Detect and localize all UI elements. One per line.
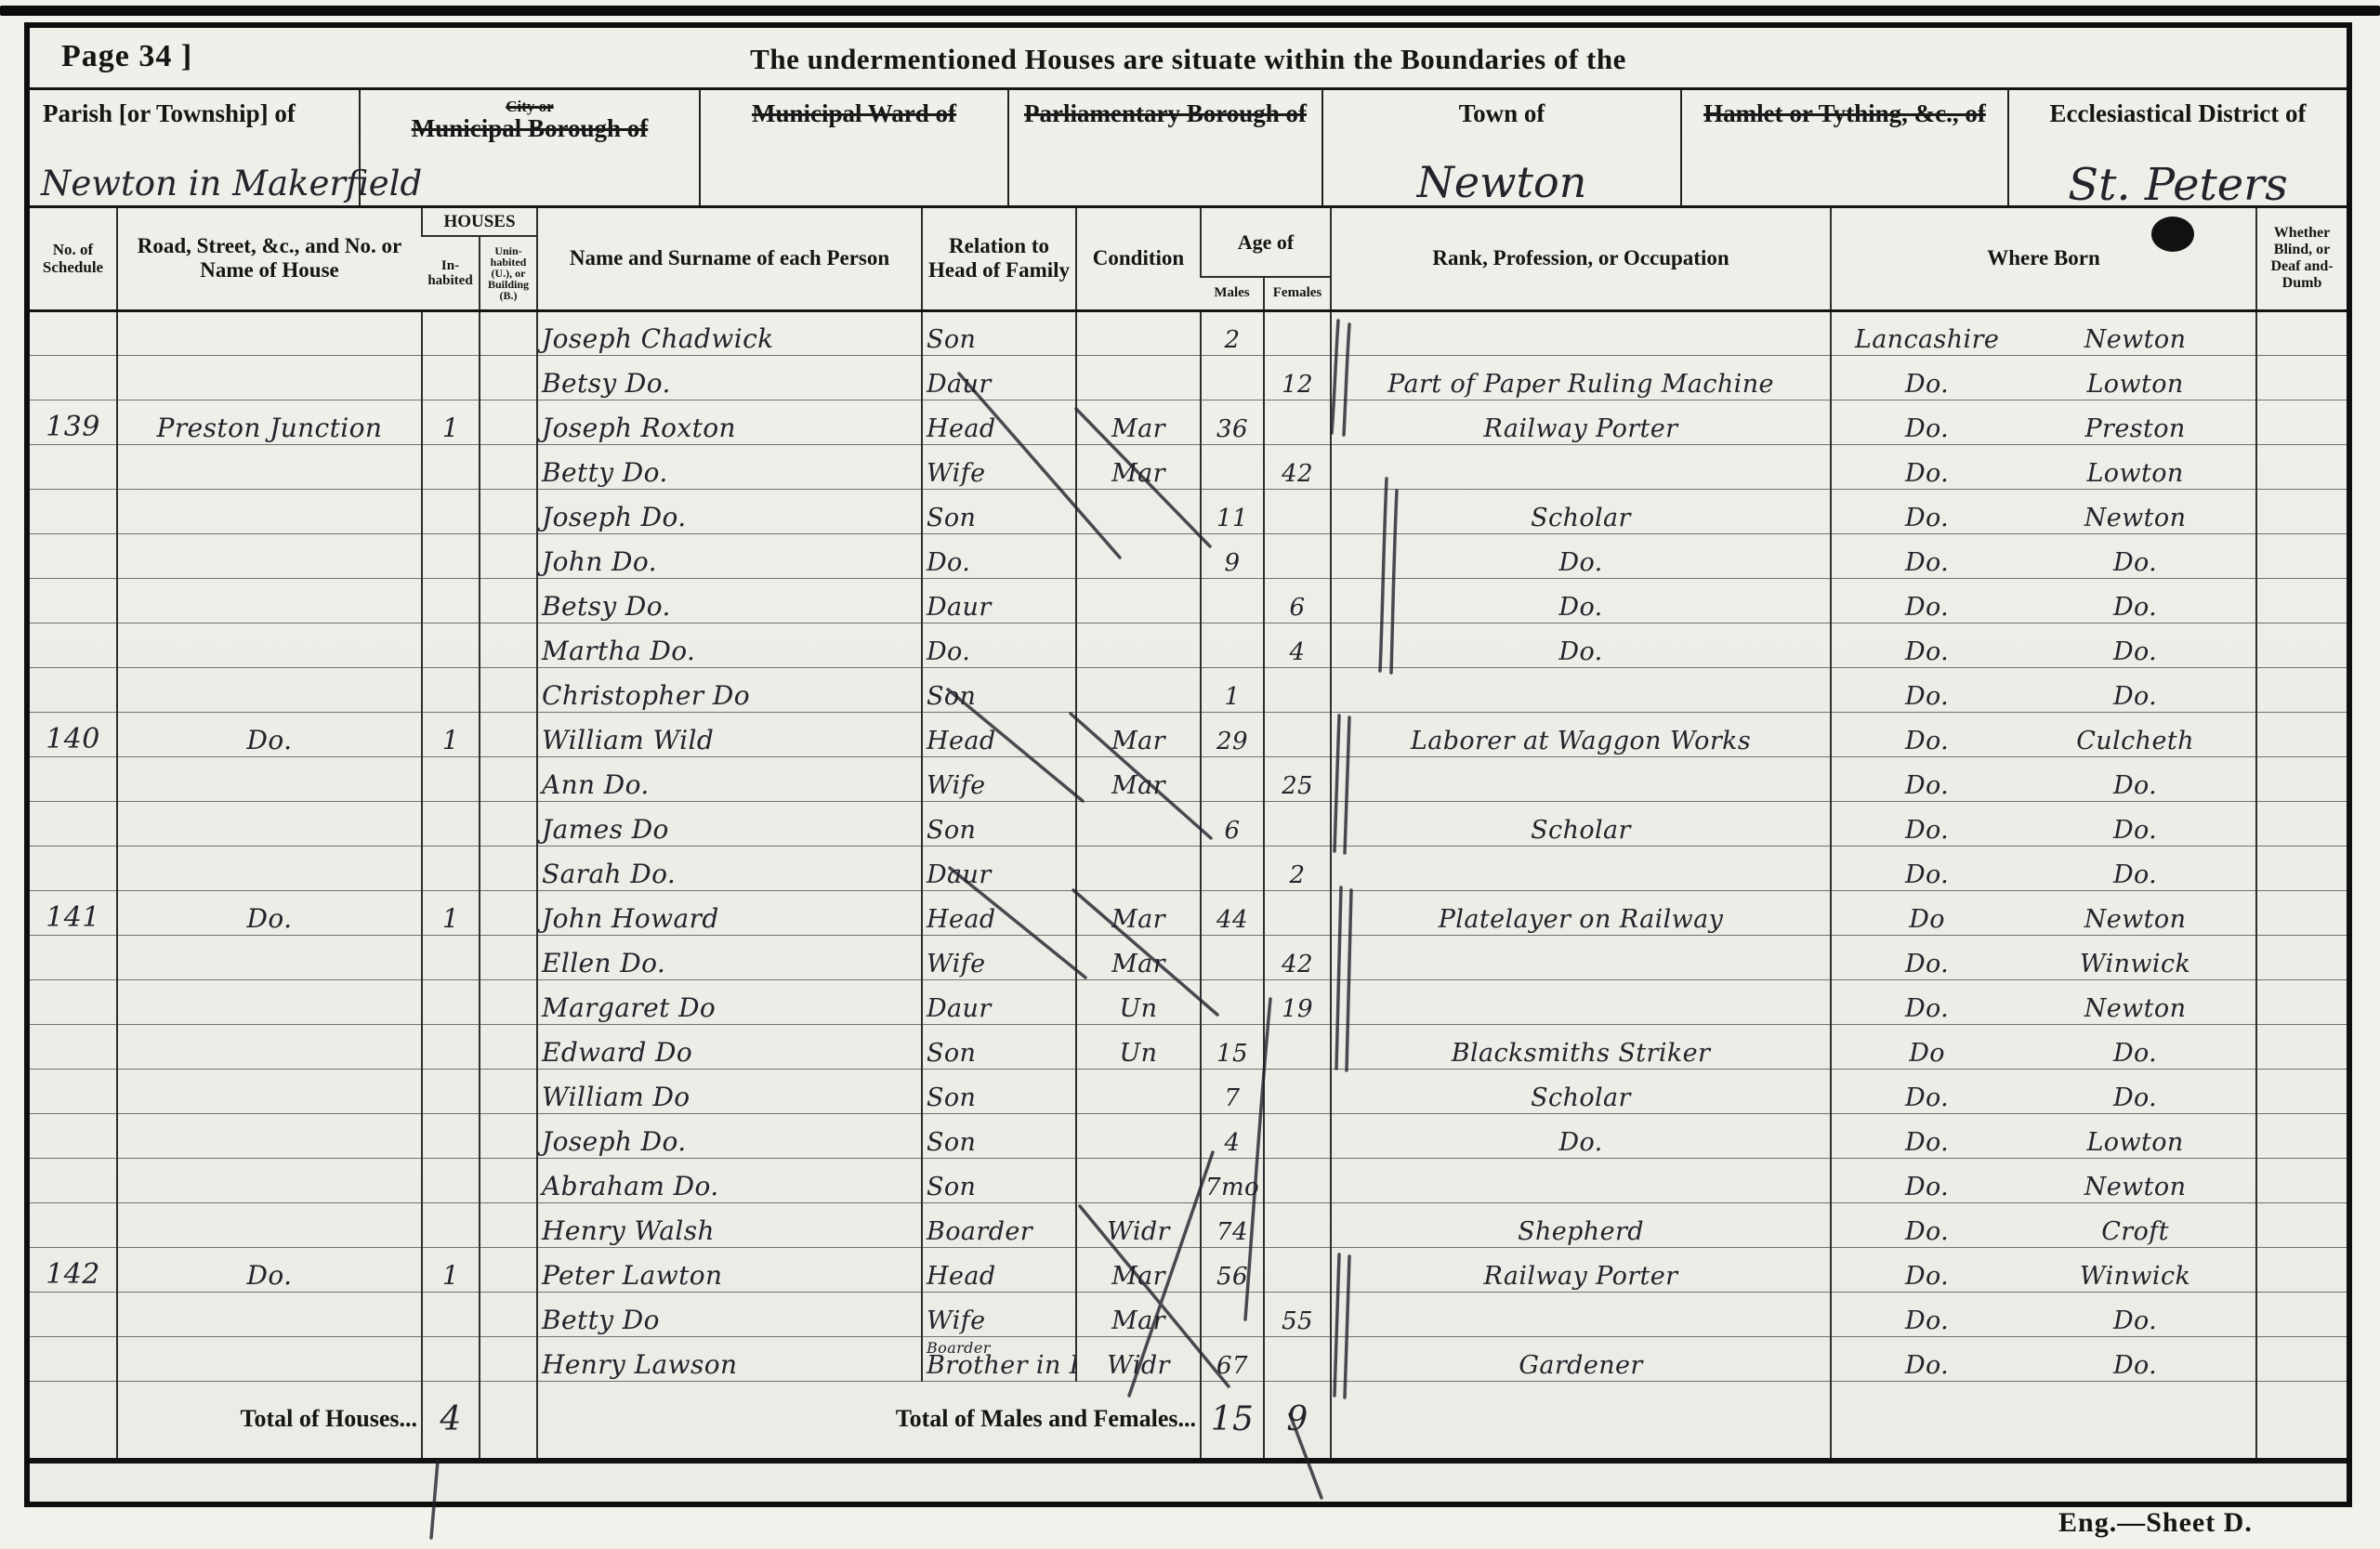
cell-uninhabited [480, 489, 537, 533]
table-row: Ann Do. Wife Mar 25 Do.Do. [30, 756, 2347, 801]
cell-schedule: 139 [30, 400, 117, 444]
cell-relation: Son [922, 1113, 1076, 1158]
cell-schedule: 141 [30, 890, 117, 935]
header-condition: Condition [1076, 208, 1201, 310]
cell-where-born: DoNewton [1831, 890, 2256, 935]
cell-age-males: 9 [1201, 533, 1264, 578]
table-row: Joseph Chadwick Son 2 LancashireNewton [30, 310, 2347, 355]
field-ecclesiastical-district: Ecclesiastical District of St. Peters [2009, 90, 2347, 205]
cell-where-born: Do.Do. [1831, 846, 2256, 890]
cell-where-born: Do.Winwick [1831, 935, 2256, 979]
cell-road [117, 667, 422, 712]
cell-where-born: Do.Winwick [1831, 1247, 2256, 1292]
cell-road [117, 846, 422, 890]
cell-condition [1076, 1069, 1201, 1113]
cell-age-males [1201, 623, 1264, 667]
cell-occupation: Scholar [1331, 1069, 1831, 1113]
table-row: Abraham Do. Son 7mo Do.Newton [30, 1158, 2347, 1202]
cell-name: Martha Do. [537, 623, 922, 667]
cell-age-females [1264, 1158, 1331, 1202]
cell-name: Henry Lawson [537, 1336, 922, 1381]
cell-age-males [1201, 444, 1264, 489]
table-row: Margaret Do Daur Un 19 Do.Newton [30, 979, 2347, 1024]
cell-name: Henry Walsh [537, 1202, 922, 1247]
cell-name: John Do. [537, 533, 922, 578]
cell-inhabited [422, 1069, 480, 1113]
cell-age-females: 55 [1264, 1292, 1331, 1336]
cell-name: Betsy Do. [537, 355, 922, 400]
table-row: Sarah Do. Daur 2 Do.Do. [30, 846, 2347, 890]
cell-name: Joseph Do. [537, 1113, 922, 1158]
cell-road [117, 533, 422, 578]
cell-infirmity [2256, 1202, 2347, 1247]
cell-relation: Head [922, 712, 1076, 756]
cell-schedule [30, 1336, 117, 1381]
cell-name: William Do [537, 1069, 922, 1113]
cell-inhabited [422, 1024, 480, 1069]
cell-uninhabited [480, 444, 537, 489]
field-municipal-borough-label: Municipal Borough of [361, 114, 699, 142]
census-table-header: No. ofSchedule Road, Street, &c., and No… [30, 208, 2347, 310]
table-row: Henry Lawson BoarderBrother in Law Widr … [30, 1336, 2347, 1381]
cell-occupation [1331, 935, 1831, 979]
cell-relation: BoarderBrother in Law [922, 1336, 1076, 1381]
cell-schedule [30, 355, 117, 400]
cell-condition [1076, 846, 1201, 890]
cell-infirmity [2256, 578, 2347, 623]
cell-age-males [1201, 578, 1264, 623]
cell-occupation [1331, 1292, 1831, 1336]
cell-inhabited [422, 533, 480, 578]
cell-name: Abraham Do. [537, 1158, 922, 1202]
table-row: William Do Son 7 Scholar Do.Do. [30, 1069, 2347, 1113]
cell-age-males: 56 [1201, 1247, 1264, 1292]
cell-road [117, 801, 422, 846]
table-row: 141 Do. 1 John Howard Head Mar 44 Platel… [30, 890, 2347, 935]
cell-schedule [30, 1113, 117, 1158]
cell-infirmity [2256, 1336, 2347, 1381]
totals-empty-schedule [30, 1381, 117, 1461]
header-males: Males [1201, 277, 1264, 310]
cell-relation: Wife [922, 1292, 1076, 1336]
cell-condition [1076, 533, 1201, 578]
total-houses-value: 4 [422, 1381, 480, 1461]
cell-road: Do. [117, 890, 422, 935]
cell-road [117, 1202, 422, 1247]
cell-occupation: Platelayer on Railway [1331, 890, 1831, 935]
page-header-band: Page 34 ] The undermentioned Houses are … [30, 28, 2347, 90]
field-parish: Parish [or Township] of Newton in Makerf… [30, 90, 361, 205]
cell-age-males: 74 [1201, 1202, 1264, 1247]
cell-where-born: Do.Newton [1831, 979, 2256, 1024]
cell-occupation [1331, 667, 1831, 712]
cell-road [117, 1113, 422, 1158]
cell-condition: Mar [1076, 890, 1201, 935]
cell-infirmity [2256, 801, 2347, 846]
cell-relation: Wife [922, 935, 1076, 979]
cell-name: Betty Do [537, 1292, 922, 1336]
cell-inhabited [422, 1292, 480, 1336]
census-table-totals: Total of Houses... 4 Total of Males and … [30, 1381, 2347, 1487]
cell-condition: Mar [1076, 756, 1201, 801]
cell-occupation [1331, 979, 1831, 1024]
cell-name: Christopher Do [537, 667, 922, 712]
cell-condition: Mar [1076, 444, 1201, 489]
table-row: Henry Walsh Boarder Widr 74 Shepherd Do.… [30, 1202, 2347, 1247]
cell-uninhabited [480, 400, 537, 444]
cell-road [117, 756, 422, 801]
cell-age-males: 7 [1201, 1069, 1264, 1113]
cell-infirmity [2256, 310, 2347, 355]
cell-relation: Do. [922, 533, 1076, 578]
cell-infirmity [2256, 1069, 2347, 1113]
cell-age-females [1264, 1024, 1331, 1069]
cell-name: Ann Do. [537, 756, 922, 801]
cell-where-born: Do.Lowton [1831, 1113, 2256, 1158]
cell-inhabited: 1 [422, 712, 480, 756]
cell-age-males [1201, 756, 1264, 801]
cell-uninhabited [480, 310, 537, 355]
cell-condition [1076, 801, 1201, 846]
cell-uninhabited [480, 1024, 537, 1069]
cell-where-born: Do.Do. [1831, 578, 2256, 623]
cell-condition: Mar [1076, 712, 1201, 756]
cell-infirmity [2256, 890, 2347, 935]
cell-inhabited [422, 1113, 480, 1158]
cell-infirmity [2256, 1158, 2347, 1202]
cell-schedule [30, 1292, 117, 1336]
cell-schedule [30, 846, 117, 890]
cell-where-born: Do.Do. [1831, 667, 2256, 712]
cell-age-males [1201, 355, 1264, 400]
cell-schedule: 142 [30, 1247, 117, 1292]
sheet-designation: Eng.—Sheet D. [2058, 1507, 2253, 1539]
cell-uninhabited [480, 801, 537, 846]
cell-name: Ellen Do. [537, 935, 922, 979]
cell-age-males: 36 [1201, 400, 1264, 444]
cell-occupation: Do. [1331, 533, 1831, 578]
cell-name: Joseph Roxton [537, 400, 922, 444]
cell-age-males: 4 [1201, 1113, 1264, 1158]
field-town: Town of Newton [1323, 90, 1682, 205]
cell-uninhabited [480, 578, 537, 623]
cell-age-males [1201, 935, 1264, 979]
cell-road [117, 623, 422, 667]
cell-uninhabited [480, 1202, 537, 1247]
cell-road: Do. [117, 1247, 422, 1292]
cell-schedule [30, 979, 117, 1024]
cell-age-females [1264, 801, 1331, 846]
cell-uninhabited [480, 1069, 537, 1113]
cell-inhabited [422, 846, 480, 890]
cell-road [117, 1292, 422, 1336]
cell-road [117, 935, 422, 979]
cell-occupation: Scholar [1331, 489, 1831, 533]
totals-row: Total of Houses... 4 Total of Males and … [30, 1381, 2347, 1461]
cell-schedule [30, 489, 117, 533]
cell-age-males: 67 [1201, 1336, 1264, 1381]
cell-occupation: Do. [1331, 623, 1831, 667]
cell-condition: Mar [1076, 1292, 1201, 1336]
header-schedule: No. ofSchedule [30, 208, 117, 310]
header-females: Females [1264, 277, 1331, 310]
cell-schedule [30, 1202, 117, 1247]
cell-infirmity [2256, 489, 2347, 533]
header-inhabited: In-habited [422, 236, 480, 310]
cell-inhabited [422, 979, 480, 1024]
totals-empty-born [1831, 1381, 2256, 1461]
cell-where-born: DoDo. [1831, 1024, 2256, 1069]
cell-schedule [30, 578, 117, 623]
cell-schedule [30, 756, 117, 801]
cell-age-females: 19 [1264, 979, 1331, 1024]
cell-uninhabited [480, 1158, 537, 1202]
field-municipal-ward-label: Municipal Ward of [701, 99, 1007, 127]
cell-age-males [1201, 979, 1264, 1024]
cell-relation: Head [922, 400, 1076, 444]
cell-condition [1076, 489, 1201, 533]
cell-condition [1076, 1113, 1201, 1158]
cell-relation: Head [922, 890, 1076, 935]
banner-text: The undermentioned Houses are situate wi… [30, 43, 2347, 76]
cell-inhabited [422, 1158, 480, 1202]
cell-age-females: 42 [1264, 935, 1331, 979]
cell-age-females: 42 [1264, 444, 1331, 489]
cell-uninhabited [480, 1292, 537, 1336]
cell-inhabited [422, 756, 480, 801]
table-row: Betsy Do. Daur 6 Do. Do.Do. [30, 578, 2347, 623]
cell-road [117, 979, 422, 1024]
cell-where-born: Do.Do. [1831, 756, 2256, 801]
field-ecclesiastical-district-label: Ecclesiastical District of [2009, 99, 2347, 127]
cell-relation: Boarder [922, 1202, 1076, 1247]
cell-relation: Daur [922, 578, 1076, 623]
cell-inhabited [422, 489, 480, 533]
cell-age-females [1264, 667, 1331, 712]
census-sheet: Page 34 ] The undermentioned Houses are … [24, 22, 2352, 1507]
cell-relation: Daur [922, 355, 1076, 400]
cell-relation: Head [922, 1247, 1076, 1292]
cell-inhabited: 1 [422, 890, 480, 935]
header-rank: Rank, Profession, or Occupation [1331, 208, 1831, 310]
cell-condition [1076, 355, 1201, 400]
cell-age-females: 12 [1264, 355, 1331, 400]
cell-name: Joseph Chadwick [537, 310, 922, 355]
totals-empty-uninhabited [480, 1381, 537, 1461]
total-houses-label: Total of Houses... [117, 1381, 422, 1461]
table-row: 140 Do. 1 William Wild Head Mar 29 Labor… [30, 712, 2347, 756]
cell-inhabited [422, 935, 480, 979]
totals-empty-infirmity [2256, 1381, 2347, 1461]
table-row: Edward Do Son Un 15 Blacksmiths Striker … [30, 1024, 2347, 1069]
header-road: Road, Street, &c., and No. or Name of Ho… [117, 208, 422, 310]
cell-where-born: Do.Lowton [1831, 444, 2256, 489]
header-relation: Relation to Head of Family [922, 208, 1076, 310]
table-row: Joseph Do. Son 4 Do. Do.Lowton [30, 1113, 2347, 1158]
cell-uninhabited [480, 667, 537, 712]
cell-age-males: 7mo [1201, 1158, 1264, 1202]
cell-where-born: Do.Preston [1831, 400, 2256, 444]
cell-schedule [30, 1158, 117, 1202]
cell-condition [1076, 667, 1201, 712]
cell-uninhabited [480, 533, 537, 578]
cell-age-males: 15 [1201, 1024, 1264, 1069]
cell-infirmity [2256, 355, 2347, 400]
cell-infirmity [2256, 533, 2347, 578]
cell-relation: Daur [922, 846, 1076, 890]
cell-name: William Wild [537, 712, 922, 756]
cell-schedule: 140 [30, 712, 117, 756]
cell-relation: Son [922, 1069, 1076, 1113]
cell-where-born: LancashireNewton [1831, 310, 2256, 355]
field-hamlet-label: Hamlet or Tything, &c., of [1682, 99, 2007, 127]
field-parish-label: Parish [or Township] of [43, 99, 359, 127]
cell-age-females [1264, 489, 1331, 533]
cell-relation: Son [922, 667, 1076, 712]
cell-inhabited [422, 801, 480, 846]
totals-empty-rank [1331, 1381, 1831, 1461]
cell-name: Edward Do [537, 1024, 922, 1069]
cell-age-males [1201, 1292, 1264, 1336]
cell-schedule [30, 801, 117, 846]
cell-inhabited [422, 355, 480, 400]
cell-infirmity [2256, 400, 2347, 444]
cell-condition: Mar [1076, 400, 1201, 444]
cell-where-born: Do.Culcheth [1831, 712, 2256, 756]
cell-occupation [1331, 846, 1831, 890]
cell-relation: Son [922, 1024, 1076, 1069]
cell-inhabited [422, 1336, 480, 1381]
census-table-body: Joseph Chadwick Son 2 LancashireNewton B… [30, 310, 2347, 1381]
cell-infirmity [2256, 846, 2347, 890]
cell-uninhabited [480, 979, 537, 1024]
cell-occupation: Do. [1331, 578, 1831, 623]
cell-age-females [1264, 1113, 1331, 1158]
table-row: John Do. Do. 9 Do. Do.Do. [30, 533, 2347, 578]
cell-age-females [1264, 400, 1331, 444]
cell-condition: Mar [1076, 935, 1201, 979]
cell-where-born: Do.Do. [1831, 623, 2256, 667]
cell-age-females: 4 [1264, 623, 1331, 667]
table-row: Betty Do Wife Mar 55 Do.Do. [30, 1292, 2347, 1336]
cell-infirmity [2256, 1024, 2347, 1069]
cell-age-females: 2 [1264, 846, 1331, 890]
cell-condition [1076, 310, 1201, 355]
cell-uninhabited [480, 712, 537, 756]
cell-name: Peter Lawton [537, 1247, 922, 1292]
cell-condition: Un [1076, 1024, 1201, 1069]
cell-infirmity [2256, 444, 2347, 489]
cell-occupation: Gardener [1331, 1336, 1831, 1381]
cell-relation: Son [922, 489, 1076, 533]
cell-schedule [30, 310, 117, 355]
cell-inhabited [422, 444, 480, 489]
cell-uninhabited [480, 355, 537, 400]
cell-road [117, 444, 422, 489]
cell-infirmity [2256, 1292, 2347, 1336]
cell-occupation [1331, 1158, 1831, 1202]
cell-inhabited [422, 578, 480, 623]
cell-infirmity [2256, 756, 2347, 801]
header-where-born: Where Born [1831, 208, 2256, 310]
cell-occupation: Railway Porter [1331, 1247, 1831, 1292]
cell-uninhabited [480, 1113, 537, 1158]
cell-road [117, 578, 422, 623]
cell-inhabited [422, 623, 480, 667]
cell-age-females [1264, 533, 1331, 578]
cell-age-males: 1 [1201, 667, 1264, 712]
cell-schedule [30, 444, 117, 489]
cell-age-females [1264, 1202, 1331, 1247]
census-scan-page: { "colors":{"ink":"#23232b","paper":"#ef… [0, 0, 2380, 1549]
cell-age-females [1264, 1336, 1331, 1381]
cell-condition [1076, 1158, 1201, 1202]
total-females-value: 9 [1264, 1381, 1331, 1461]
cell-road: Do. [117, 712, 422, 756]
cell-schedule [30, 1024, 117, 1069]
cell-occupation: Railway Porter [1331, 400, 1831, 444]
cell-inhabited [422, 1202, 480, 1247]
cell-occupation: Do. [1331, 1113, 1831, 1158]
cell-road [117, 1069, 422, 1113]
cell-relation: Wife [922, 756, 1076, 801]
cell-uninhabited [480, 890, 537, 935]
cell-occupation: Scholar [1331, 801, 1831, 846]
cell-condition: Widr [1076, 1202, 1201, 1247]
cell-age-females [1264, 310, 1331, 355]
cell-relation: Do. [922, 623, 1076, 667]
cell-relation: Wife [922, 444, 1076, 489]
cell-age-females [1264, 712, 1331, 756]
cell-occupation: Shepherd [1331, 1202, 1831, 1247]
field-hamlet: Hamlet or Tything, &c., of [1682, 90, 2009, 205]
cell-age-males: 6 [1201, 801, 1264, 846]
bottom-filler-row [30, 1461, 2347, 1487]
cell-inhabited [422, 667, 480, 712]
table-row: Betty Do. Wife Mar 42 Do.Lowton [30, 444, 2347, 489]
cell-occupation [1331, 756, 1831, 801]
table-row: Ellen Do. Wife Mar 42 Do.Winwick [30, 935, 2347, 979]
cell-road: Preston Junction [117, 400, 422, 444]
cell-road [117, 1336, 422, 1381]
cell-schedule [30, 623, 117, 667]
cell-age-males: 44 [1201, 890, 1264, 935]
cell-occupation: Blacksmiths Striker [1331, 1024, 1831, 1069]
field-parliamentary-borough-label: Parliamentary Borough of [1009, 99, 1321, 127]
cell-uninhabited [480, 846, 537, 890]
field-municipal-borough: City or Municipal Borough of [361, 90, 701, 205]
cell-road [117, 1024, 422, 1069]
cell-occupation: Part of Paper Ruling Machine [1331, 355, 1831, 400]
cell-relation: Son [922, 1158, 1076, 1202]
table-row: 142 Do. 1 Peter Lawton Head Mar 56 Railw… [30, 1247, 2347, 1292]
field-parliamentary-borough: Parliamentary Borough of [1009, 90, 1323, 205]
cell-where-born: Do.Do. [1831, 1292, 2256, 1336]
cell-condition [1076, 623, 1201, 667]
cell-name: Betsy Do. [537, 578, 922, 623]
scan-edge-artifact [0, 6, 2380, 16]
cell-infirmity [2256, 979, 2347, 1024]
cell-age-females [1264, 1247, 1331, 1292]
cell-infirmity [2256, 1113, 2347, 1158]
cell-condition: Widr [1076, 1336, 1201, 1381]
cell-uninhabited [480, 935, 537, 979]
header-name: Name and Surname of each Person [537, 208, 922, 310]
cell-age-females [1264, 890, 1331, 935]
cell-uninhabited [480, 1247, 537, 1292]
cell-condition: Mar [1076, 1247, 1201, 1292]
census-table: No. ofSchedule Road, Street, &c., and No… [30, 208, 2347, 1487]
